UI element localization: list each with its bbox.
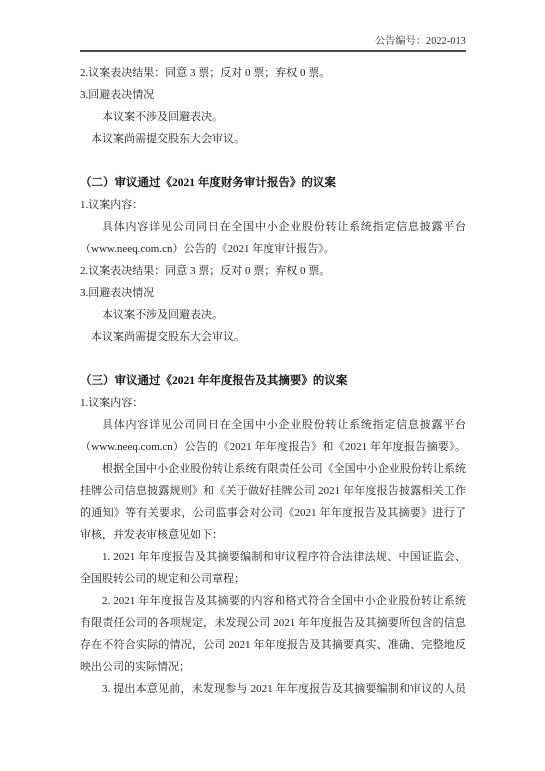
- body-line: 2.议案表决结果：同意 3 票；反对 0 票；弃权 0 票。: [80, 62, 466, 84]
- section-resolution-tail: 2.议案表决结果：同意 3 票；反对 0 票；弃权 0 票。 3.回避表决情况 …: [80, 62, 466, 150]
- body-line: （www.neeq.com.cn）公告的《2021 年度审计报告》。: [80, 238, 466, 260]
- section-3-heading: （三）审议通过《2021 年年度报告及其摘要》的议案: [80, 370, 466, 392]
- body-line: 2. 2021 年年度报告及其摘要的内容和格式符合全国中小企业股份转让系统: [80, 590, 466, 612]
- body-line: 1. 2021 年年度报告及其摘要编制和审议程序符合法律法规、中国证监会、: [80, 546, 466, 568]
- body-line: 根据全国中小企业股份转让系统有限责任公司《全国中小企业股份转让系统: [80, 458, 466, 480]
- header-divider: [80, 50, 466, 52]
- body-line: 有限责任公司的各项规定，未发现公司 2021 年年度报告及其摘要所包含的信息: [80, 612, 466, 634]
- body-line: 1.议案内容：: [80, 194, 466, 216]
- section-3: （三）审议通过《2021 年年度报告及其摘要》的议案 1.议案内容： 具体内容详…: [80, 370, 466, 700]
- body-line: （www.neeq.com.cn）公告的《2021 年年度报告》和《2021 年…: [80, 436, 466, 458]
- body-line: 挂牌公司信息披露规则》和《关于做好挂牌公司 2021 年年度报告披露相关工作: [80, 480, 466, 502]
- notice-number: 公告编号：2022-013: [80, 32, 466, 47]
- section-2-heading: （二）审议通过《2021 年度财务审计报告》的议案: [80, 172, 466, 194]
- body-line: 存在不符合实际的情况，公司 2021 年年度报告及其摘要真实、准确、完整地反: [80, 634, 466, 656]
- section-2: （二）审议通过《2021 年度财务审计报告》的议案 1.议案内容： 具体内容详见…: [80, 172, 466, 348]
- document-page: 公告编号：2022-013 2.议案表决结果：同意 3 票；反对 0 票；弃权 …: [0, 0, 545, 771]
- body-line: 3.回避表决情况: [80, 282, 466, 304]
- body-line: 3. 提出本意见前，未发现参与 2021 年年度报告及其摘要编制和审议的人员: [80, 678, 466, 700]
- body-line: 本议案尚需提交股东大会审议。: [80, 128, 466, 150]
- body-line: 2.议案表决结果：同意 3 票；反对 0 票；弃权 0 票。: [80, 260, 466, 282]
- body-line: 映出公司的实际情况；: [80, 656, 466, 678]
- body-line: 1.议案内容：: [80, 392, 466, 414]
- body-line: 具体内容详见公司同日在全国中小企业股份转让系统指定信息披露平台: [80, 216, 466, 238]
- body-line: 全国股转公司的规定和公司章程；: [80, 568, 466, 590]
- body-line: 具体内容详见公司同日在全国中小企业股份转让系统指定信息披露平台: [80, 414, 466, 436]
- document-body: 2.议案表决结果：同意 3 票；反对 0 票；弃权 0 票。 3.回避表决情况 …: [80, 62, 466, 700]
- body-line: 的通知》等有关要求，公司监事会对公司《2021 年年度报告及其摘要》进行了: [80, 502, 466, 524]
- body-line: 3.回避表决情况: [80, 84, 466, 106]
- body-line: 审核，并发表审核意见如下：: [80, 524, 466, 546]
- body-line: 本议案不涉及回避表决。: [80, 304, 466, 326]
- body-line: 本议案尚需提交股东大会审议。: [80, 326, 466, 348]
- body-line: 本议案不涉及回避表决。: [80, 106, 466, 128]
